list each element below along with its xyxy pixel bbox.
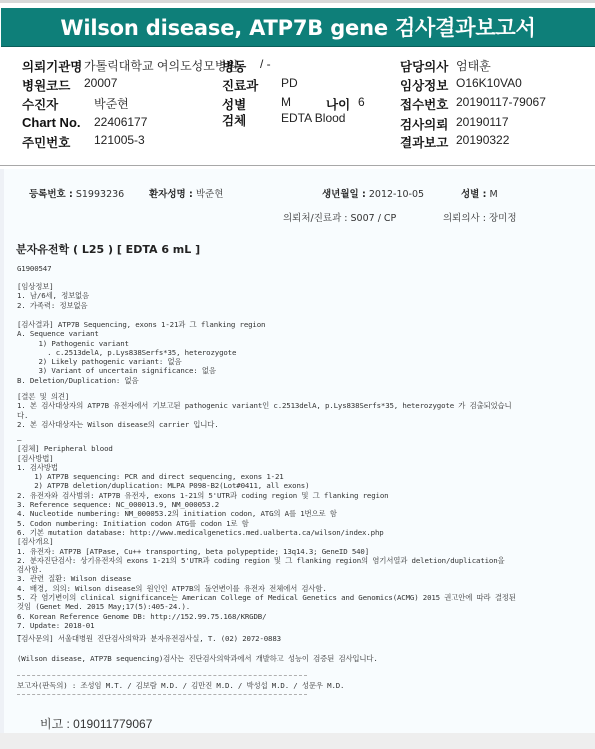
- reporters-line: 보고자(판독의) : 조성임 M.T. / 김보람 M.D. / 김만진 M.D…: [17, 681, 344, 690]
- patient-name-label: 환자성명 :: [149, 189, 193, 200]
- dob: 생년월일 : 2012-10-05: [322, 186, 424, 200]
- request-date-label: 검사의뢰: [400, 115, 448, 133]
- attending-physician-label: 담당의사: [400, 57, 448, 75]
- method-block: — [검체] Peripheral blood [검사방법] 1. 검사방법 1…: [17, 435, 516, 640]
- receipt-no-value: 20190117-79067: [456, 95, 546, 109]
- patient-value: 박준현: [94, 95, 129, 112]
- requesting-institution-value: 가톨릭대학교 여의도성모병원: [84, 57, 238, 74]
- report-date-label: 결과보고: [400, 133, 448, 151]
- clinical-info-value: O16K10VA0: [456, 76, 522, 90]
- conclusion-block: [결론 및 의견] 1. 본 검사대상자의 ATP7B 유전자에서 기보고된 p…: [17, 392, 512, 429]
- reg-no: 등록번호 : S1993236: [29, 186, 124, 200]
- report-sex-value: M: [490, 189, 498, 200]
- department-value: PD: [281, 76, 298, 90]
- referring-doctor-value: 장미정: [489, 213, 517, 224]
- referring-doctor: 의뢰의사 : 장미정: [443, 210, 517, 224]
- report-sex: 성별 : M: [461, 186, 498, 200]
- specimen-label: 검체: [222, 111, 246, 129]
- hospital-code-value: 20007: [84, 76, 117, 90]
- ward-label: 병동: [222, 57, 246, 75]
- resident-no-label: 주민번호: [22, 133, 70, 151]
- chart-no-value: 22406177: [94, 115, 147, 129]
- order-info-panel: 의뢰기관명 가톨릭대학교 여의도성모병원 병동 / - 담당의사 엄태훈 병원코…: [0, 52, 595, 148]
- dob-value: 2012-10-05: [369, 189, 424, 200]
- referral-dept-value: S007 / CP: [351, 213, 397, 224]
- report-title: Wilson disease, ATP7B gene 검사결과보고서: [1, 8, 595, 47]
- attending-physician-value: 엄태훈: [456, 57, 491, 74]
- patient-name: 환자성명 : 박준현: [149, 186, 223, 200]
- report-date-value: 20190322: [456, 133, 509, 147]
- inquiry-line: [검사문의] 서울대병원 진단검사의학과 분자유전검사실, T. (02) 20…: [17, 634, 281, 643]
- reg-no-value: S1993236: [76, 189, 124, 200]
- department-label: 진료과: [222, 76, 258, 94]
- receipt-no-label: 접수번호: [400, 95, 448, 113]
- result-block: [검사결과] ATP7B Sequencing, exons 1-21과 그 f…: [17, 320, 265, 385]
- section-title: 분자유전학 ( L25 ) [ EDTA 6 mL ]: [16, 241, 200, 257]
- request-date-value: 20190117: [456, 115, 509, 129]
- dob-label: 생년월일 :: [322, 189, 366, 200]
- specimen-value: EDTA Blood: [281, 111, 345, 125]
- reg-no-label: 등록번호 :: [29, 189, 73, 200]
- ward-value: / -: [260, 57, 271, 71]
- report-sex-label: 성별 :: [461, 189, 486, 200]
- clinical-info-block: [임상정보] 1. 남/6세, 정보없음 2. 가족력: 정보없음: [17, 282, 89, 310]
- validation-note: (Wilson disease, ATP7B sequencing)검사는 진단…: [17, 654, 378, 663]
- sample-id: G1900547: [17, 264, 51, 273]
- dashed-divider-bottom: [17, 694, 307, 695]
- section-divider: [0, 165, 595, 166]
- resident-no-value: 121005-3: [94, 133, 145, 147]
- remark: 비고 : 019011779067: [40, 715, 152, 732]
- patient-label: 수진자: [22, 95, 58, 113]
- referral-dept-label: 의뢰처/진료과 :: [283, 213, 347, 224]
- chart-no-label: Chart No.: [22, 115, 81, 130]
- referring-doctor-label: 의뢰의사 :: [443, 213, 486, 224]
- clinical-info-label: 임상정보: [400, 76, 448, 94]
- dashed-divider-top: [17, 675, 307, 676]
- top-rule: [0, 0, 595, 3]
- hospital-code-label: 병원코드: [22, 76, 70, 94]
- referral-dept: 의뢰처/진료과 : S007 / CP: [283, 210, 396, 224]
- sex-value: M: [281, 95, 291, 109]
- requesting-institution-label: 의뢰기관명: [22, 57, 82, 75]
- patient-name-value: 박준현: [196, 189, 224, 200]
- bottom-band: [0, 733, 595, 749]
- age-value: 6: [358, 95, 365, 109]
